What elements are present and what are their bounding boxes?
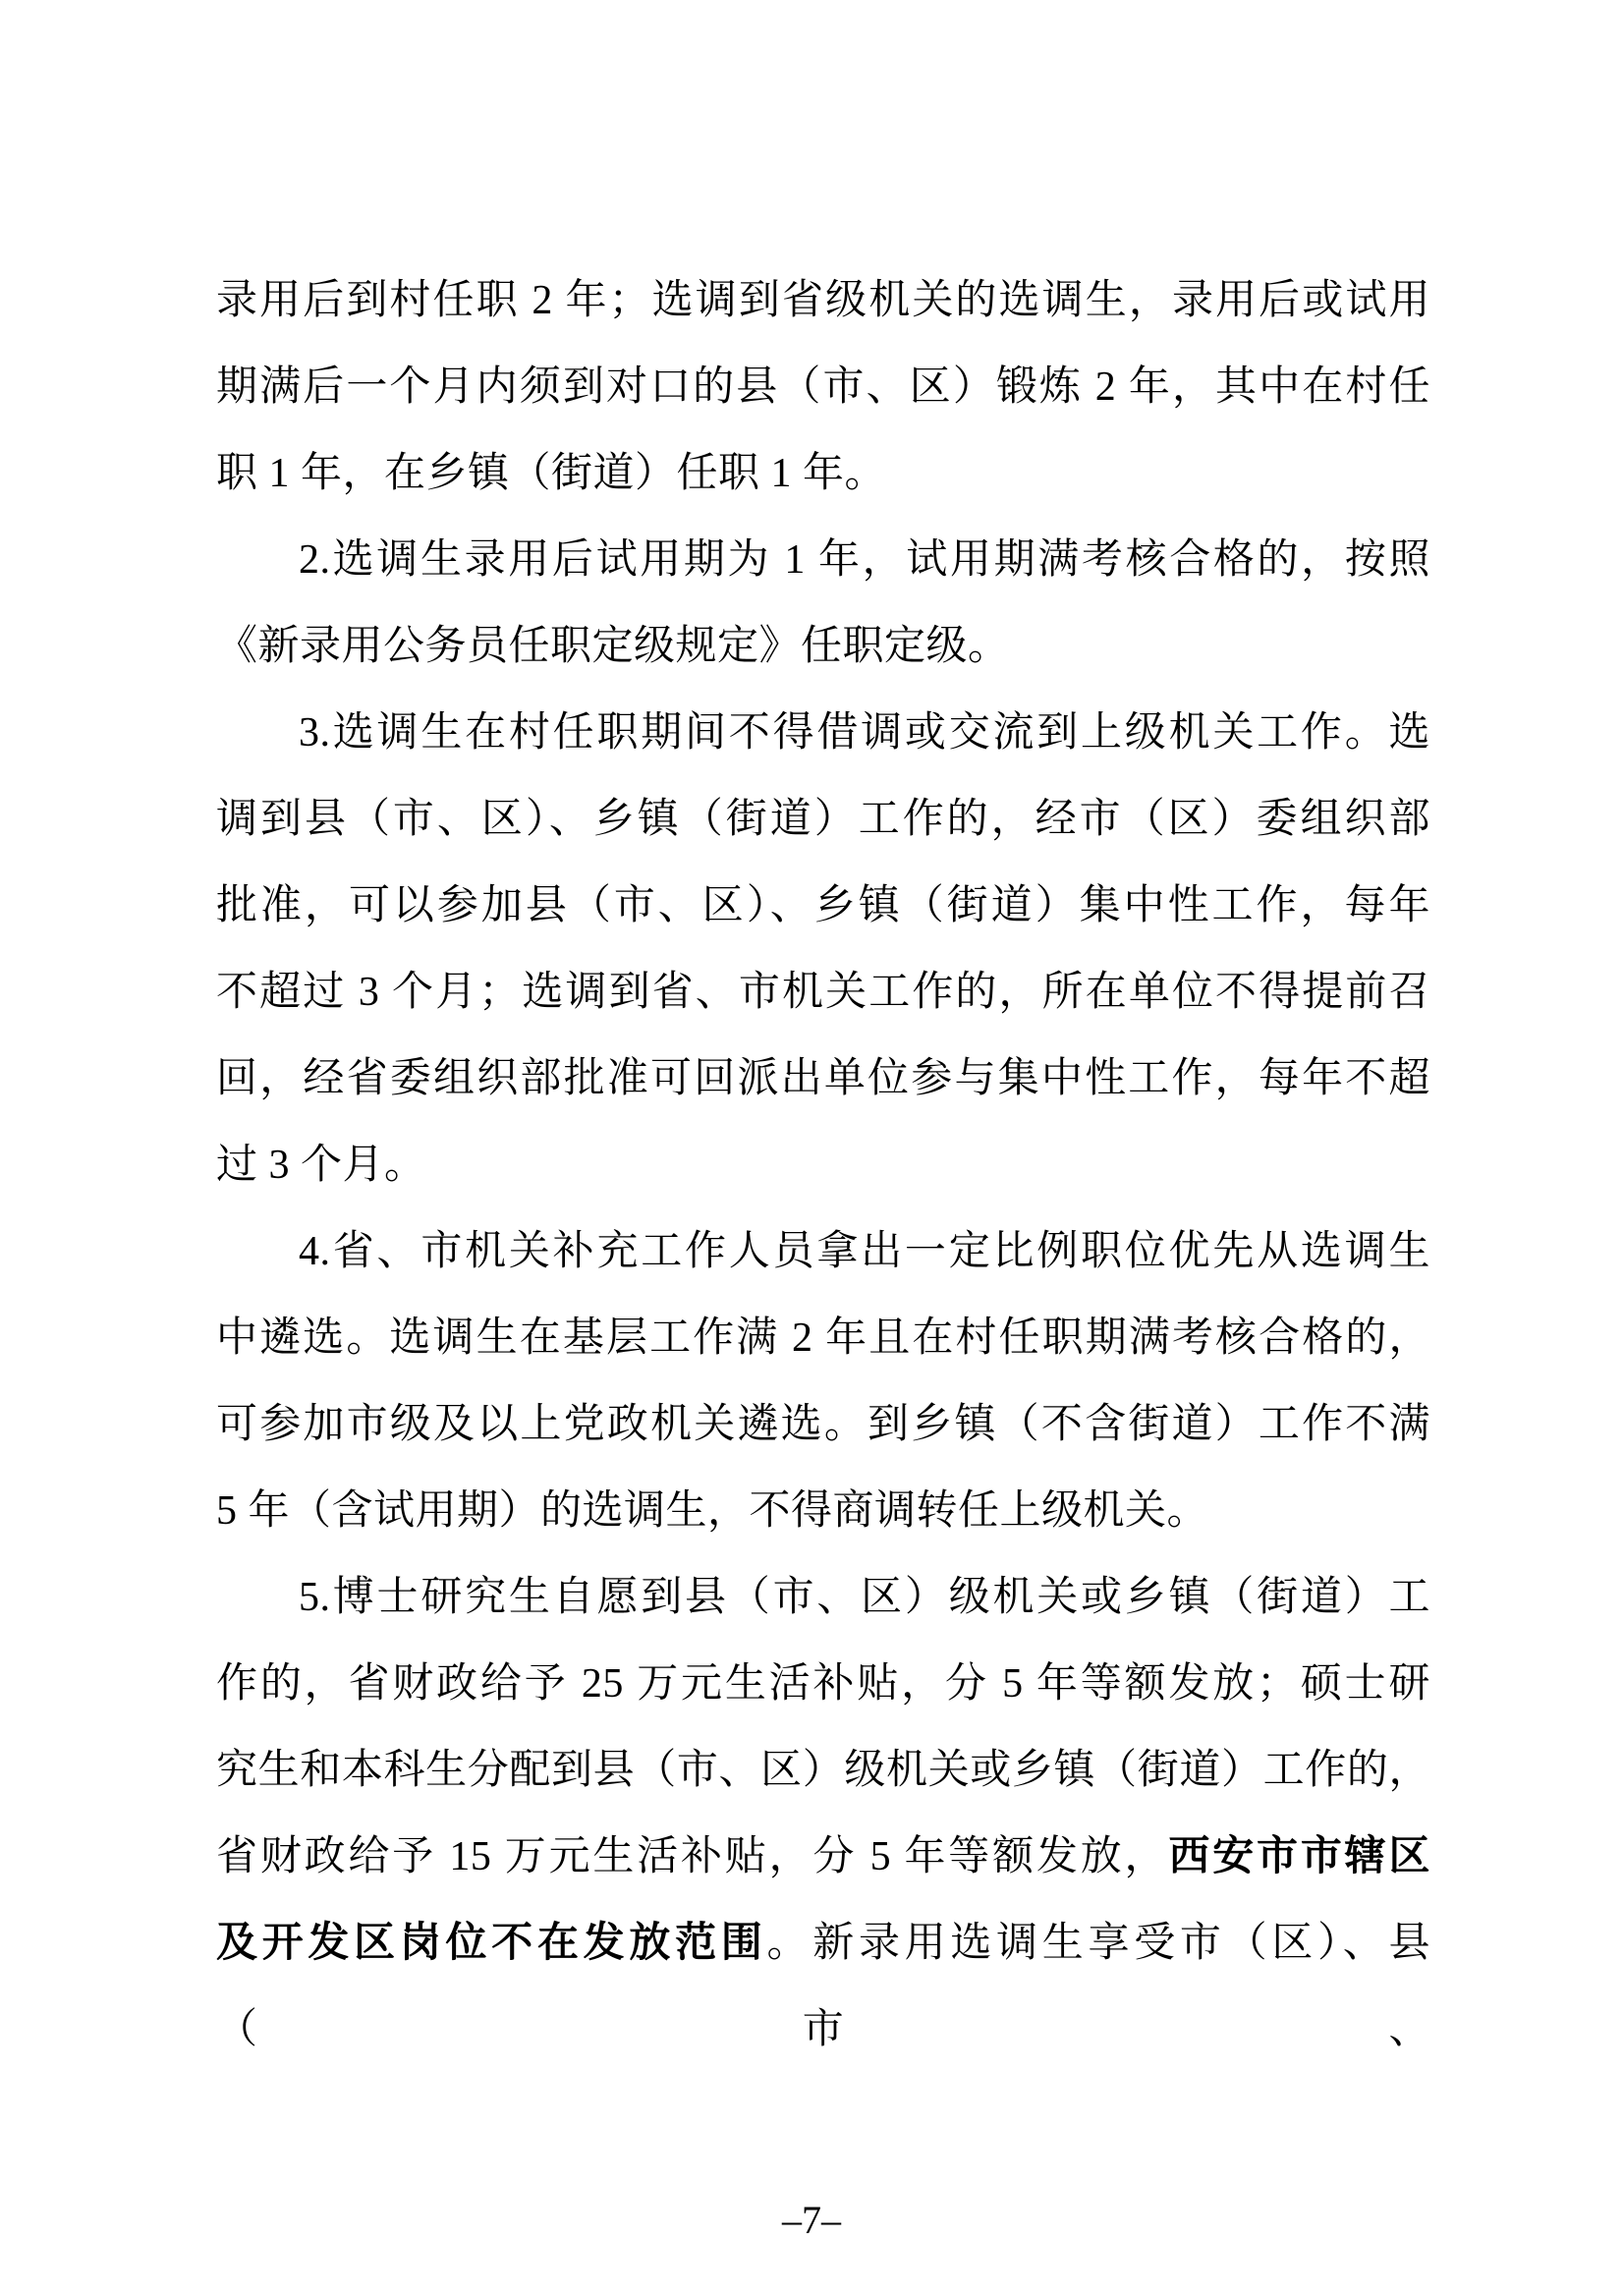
text-line: 究生和本科生分配到县（市、区）级机关或乡镇（街道）工作的， [216,1727,1430,1814]
text-line: 5 年（含试用期）的选调生，不得商调转任上级机关。 [216,1468,1430,1554]
text-line: 录用后到村任职 2 年；选调到省级机关的选调生，录用后或试用 [216,257,1430,344]
text-line: 《新录用公务员任职定级规定》任职定级。 [216,603,1430,690]
text-line: 3.选调生在村任职期间不得借调或交流到上级机关工作。选 [216,690,1430,776]
text-segment: 省财政给予 15 万元生活补贴，分 5 年等额发放， [216,1834,1168,1879]
text-line: 作的，省财政给予 25 万元生活补贴，分 5 年等额发放；硕士研 [216,1641,1430,1727]
text-line: 2.选调生录用后试用期为 1 年，试用期满考核合格的，按照 [216,517,1430,603]
text-line: 5.博士研究生自愿到县（市、区）级机关或乡镇（街道）工 [216,1554,1430,1641]
text-line: 可参加市级及以上党政机关遴选。到乡镇（不含街道）工作不满 [216,1381,1430,1468]
text-line: 及开发区岗位不在发放范围。新录用选调生享受市（区）、县（市、 [216,1900,1430,1987]
text-line: 批准，可以参加县（市、区）、乡镇（街道）集中性工作，每年 [216,863,1430,949]
text-line: 过 3 个月。 [216,1122,1430,1208]
text-line: 期满后一个月内须到对口的县（市、区）锻炼 2 年，其中在村任 [216,344,1430,430]
text-line: 4.省、市机关补充工作人员拿出一定比例职位优先从选调生 [216,1208,1430,1295]
text-line: 中遴选。选调生在基层工作满 2 年且在村任职期满考核合格的， [216,1295,1430,1381]
page-number: –7– [0,2197,1623,2244]
text-line: 调到县（市、区）、乡镇（街道）工作的，经市（区）委组织部 [216,776,1430,863]
text-segment-bold: 及开发区岗位不在发放范围 [216,1921,767,1966]
text-line: 职 1 年，在乡镇（街道）任职 1 年。 [216,430,1430,517]
text-line: 省财政给予 15 万元生活补贴，分 5 年等额发放，西安市市辖区 [216,1814,1430,1900]
text-segment-bold: 西安市市辖区 [1168,1834,1430,1879]
document-body: 录用后到村任职 2 年；选调到省级机关的选调生，录用后或试用 期满后一个月内须到… [216,257,1430,1987]
text-line: 不超过 3 个月；选调到省、市机关工作的，所在单位不得提前召 [216,949,1430,1036]
text-line: 回，经省委组织部批准可回派出单位参与集中性工作，每年不超 [216,1036,1430,1122]
